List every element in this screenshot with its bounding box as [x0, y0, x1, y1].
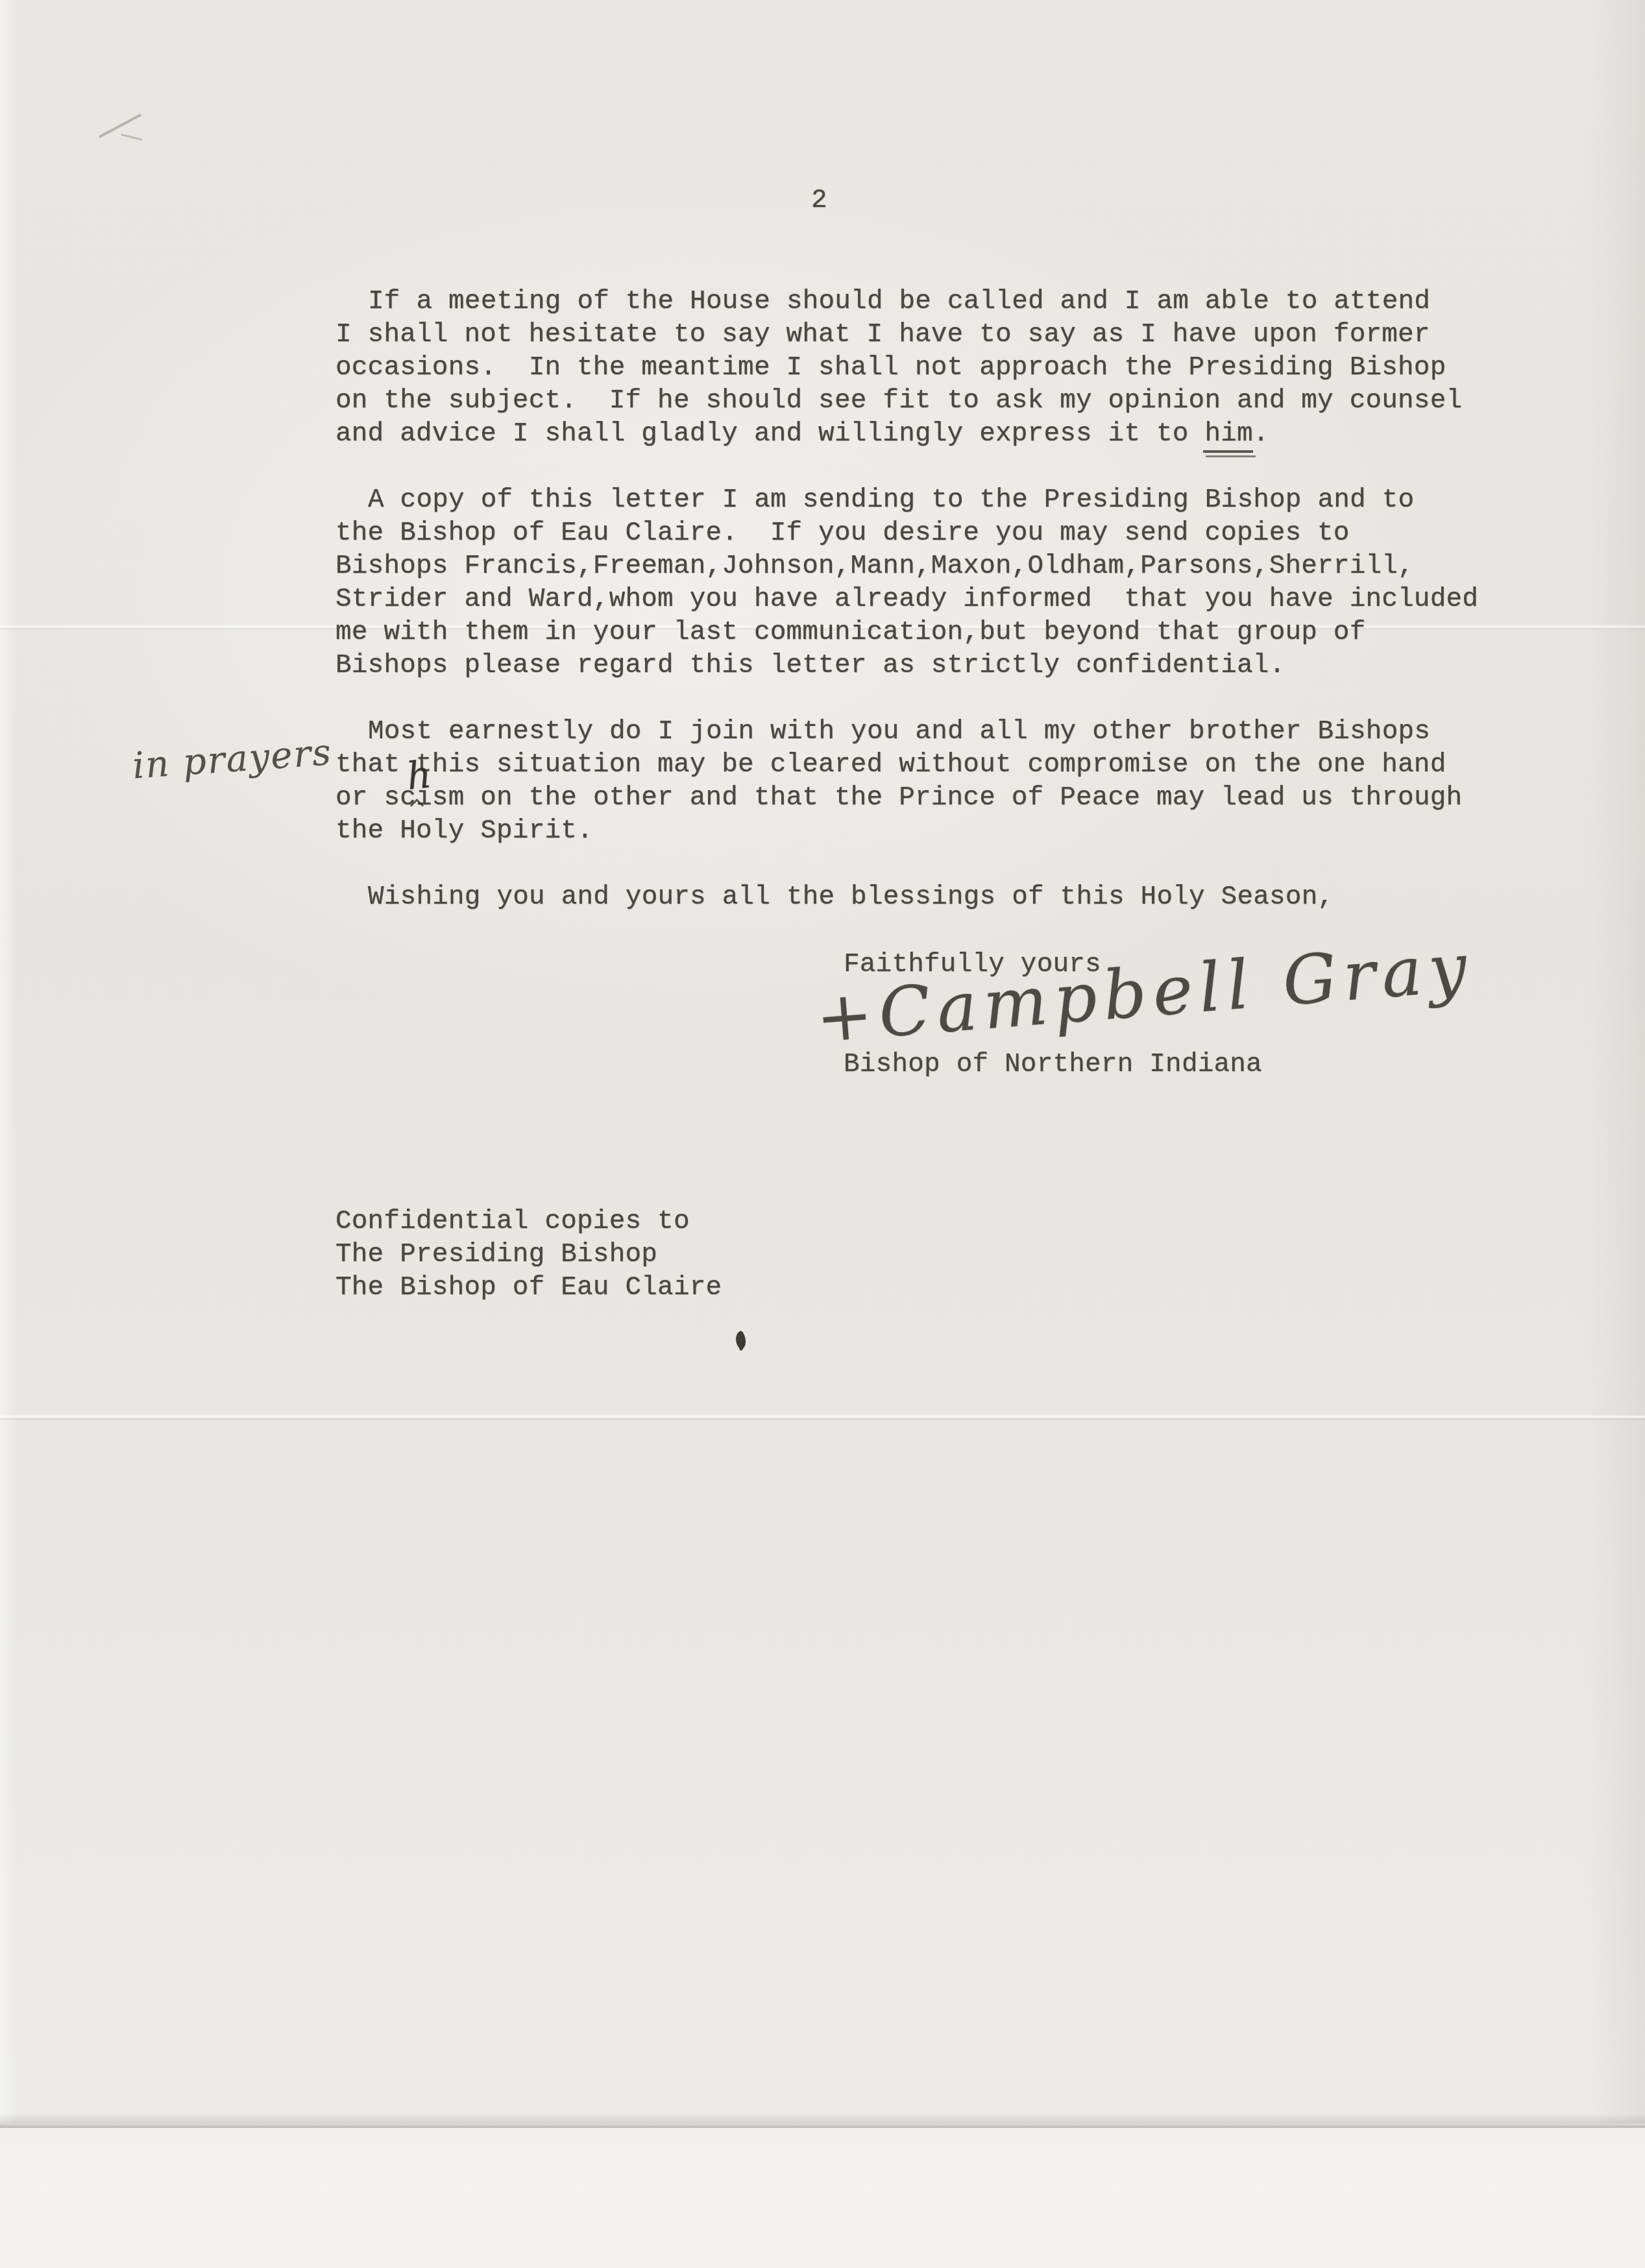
line-text: and advice I shall gladly and willingly … [335, 419, 1204, 449]
cc-line: Confidential copies to [335, 1205, 722, 1238]
closing-line: Wishing you and yours all the blessings … [335, 881, 1334, 914]
inserted-letter-handwritten: h [405, 755, 433, 795]
paragraph-line: the Holy Spirit. [335, 815, 1462, 848]
stray-ink-mark [734, 1331, 748, 1350]
paragraph-line: the Bishop of Eau Claire. If you desire … [335, 517, 1478, 550]
paragraph-3: Most earnestly do I join with you and al… [335, 716, 1462, 848]
line-text: . [1253, 419, 1269, 449]
paragraph-line: Bishops please regard this letter as str… [335, 649, 1478, 682]
fold-crease-lower [0, 1414, 1645, 1421]
paragraph-line: that this situation may be cleared witho… [335, 749, 1462, 782]
corner-crease [98, 114, 141, 138]
paragraph-1: If a meeting of the House should be call… [335, 285, 1462, 451]
scanned-letter-page: 2 If a meeting of the House should be ca… [0, 0, 1645, 2123]
paragraph-line: me with them in your last communication,… [335, 616, 1478, 649]
paragraph-line: Strider and Ward,whom you have already i… [335, 583, 1478, 616]
cc-block: Confidential copies to The Presiding Bis… [335, 1205, 722, 1305]
paragraph-line: Wishing you and yours all the blessings … [335, 881, 1334, 914]
scanner-bed [0, 2128, 1645, 2268]
paragraph-line: or schism on the other and that the Prin… [335, 782, 1462, 815]
paragraph-line: A copy of this letter I am sending to th… [335, 484, 1478, 517]
line-text: or sc [335, 783, 416, 813]
line-text: ism on the other and that the Prince of … [416, 783, 1462, 813]
cc-line: The Presiding Bishop [335, 1238, 722, 1272]
paragraph-line: Bishops Francis,Freeman,Johnson,Mann,Max… [335, 550, 1478, 583]
cc-line: The Bishop of Eau Claire [335, 1272, 722, 1305]
underlined-word: him [1204, 419, 1252, 449]
margin-annotation-handwritten: in prayers [131, 731, 334, 787]
paragraph-2: A copy of this letter I am sending to th… [335, 484, 1478, 682]
paragraph-line: occasions. In the meantime I shall not a… [335, 352, 1462, 385]
paragraph-line: on the subject. If he should see fit to … [335, 385, 1462, 418]
corner-crease [121, 134, 143, 141]
paragraph-line: and advice I shall gladly and willingly … [335, 418, 1462, 451]
signer-title: Bishop of Northern Indiana [844, 1048, 1262, 1081]
page-number: 2 [811, 184, 827, 217]
paragraph-line: If a meeting of the House should be call… [335, 285, 1462, 319]
paragraph-line: Most earnestly do I join with you and al… [335, 716, 1462, 749]
paragraph-line: I shall not hesitate to say what I have … [335, 319, 1462, 352]
